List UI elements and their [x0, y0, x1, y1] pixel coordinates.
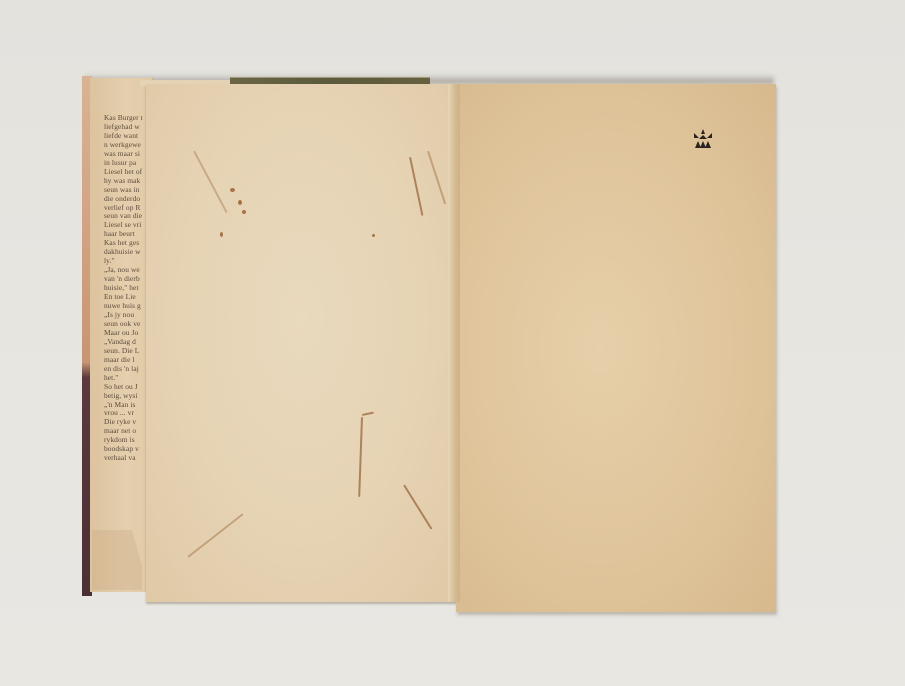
flap-text-line: die onderdo: [104, 195, 150, 204]
flap-text-line: „Vandag d: [104, 338, 150, 347]
flap-text-line: Die ryke v: [104, 418, 150, 427]
flap-text-line: betig, wysi: [104, 392, 150, 401]
flap-text-line: verlief op R: [104, 204, 150, 213]
tape-stain-streak: [427, 151, 446, 205]
flap-text-line: „'n Man is: [104, 401, 150, 410]
flap-text-line: n werkgewe: [104, 141, 150, 150]
book-gutter: [448, 84, 460, 602]
front-pastedown-endpaper: [146, 84, 458, 602]
flap-text-line: verhaal va: [104, 454, 150, 463]
stain-mark: [238, 200, 242, 205]
jacket-flap-text: Kas Burger tliefgehad wliefde wantn werk…: [104, 114, 150, 494]
flap-text-line: hy was mak: [104, 177, 150, 186]
flyleaf-page: [456, 84, 776, 612]
tape-stain-streak: [358, 417, 363, 497]
flap-text-line: So het ou J: [104, 383, 150, 392]
stain-mark: [242, 210, 246, 214]
flap-text-line: haar beurt: [104, 230, 150, 239]
flap-text-line: En toe Lie: [104, 293, 150, 302]
flap-text-line: was maar si: [104, 150, 150, 159]
flap-text-line: seun was in: [104, 186, 150, 195]
flap-text-line: Liesel se vri: [104, 221, 150, 230]
flap-text-line: rykdom is: [104, 436, 150, 445]
flap-text-line: vrou ... vr: [104, 409, 150, 418]
flap-text-line: maar net o: [104, 427, 150, 436]
flap-text-line: van 'n dierb: [104, 275, 150, 284]
flap-text-line: ly.": [104, 257, 150, 266]
tape-remnant: [92, 530, 142, 590]
flap-text-line: Liesel het of: [104, 168, 150, 177]
tape-stain-streak: [193, 151, 228, 214]
flap-text-line: en dis 'n laj: [104, 365, 150, 374]
flap-text-line: het.": [104, 374, 150, 383]
flap-text-line: Kas Burger t: [104, 114, 150, 123]
flap-text-line: dakhuisie w: [104, 248, 150, 257]
tape-stain-streak: [187, 513, 243, 558]
flap-text-line: Kas het ges: [104, 239, 150, 248]
tape-stain-streak: [409, 157, 423, 216]
flap-text-line: maar die l: [104, 356, 150, 365]
stain-mark: [230, 188, 235, 192]
tape-stain-streak: [403, 484, 432, 529]
flap-text-line: huisie," het: [104, 284, 150, 293]
flap-text-line: in lusur pa: [104, 159, 150, 168]
flap-text-line: seun van die: [104, 212, 150, 221]
tape-stain-streak: [362, 412, 374, 416]
stain-mark: [372, 234, 375, 237]
flap-text-line: boodskap v: [104, 445, 150, 454]
flap-text-line: „Ja, nou we: [104, 266, 150, 275]
stain-mark: [220, 232, 223, 237]
flap-text-line: Maar ou Jo: [104, 329, 150, 338]
flap-text-line: nuwe huis g: [104, 302, 150, 311]
flap-text-line: liefde want: [104, 132, 150, 141]
flap-text-line: „Is jy nou: [104, 311, 150, 320]
publisher-logo-icon: [691, 128, 715, 150]
flap-text-line: liefgehad w: [104, 123, 150, 132]
flap-text-line: seun. Die L: [104, 347, 150, 356]
flap-text-line: seun ook ve: [104, 320, 150, 329]
